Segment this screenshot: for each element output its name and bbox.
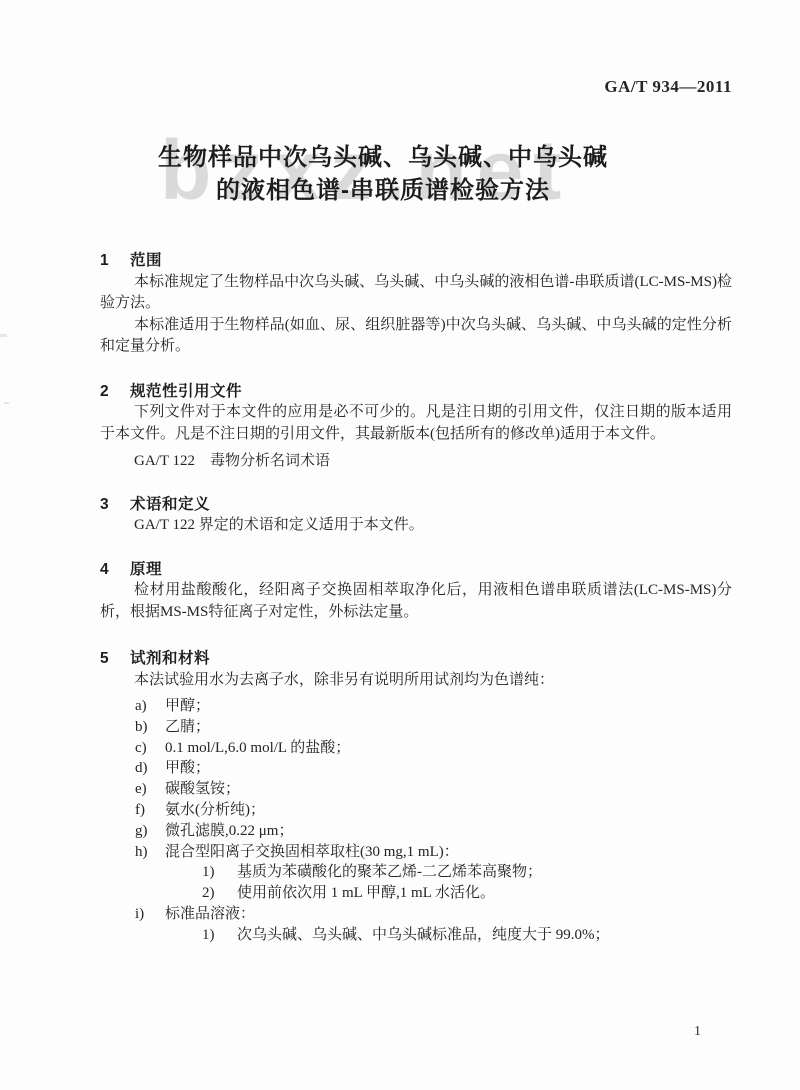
item-text: 0.1 mol/L,6.0 mol/L 的盐酸； [165, 740, 350, 756]
reagent-subitem-i1: 1)次乌头碱、乌头碱、中乌头碱标准品，纯度大于 99.0%； [100, 925, 732, 946]
section-heading-scope: 1范围 [100, 250, 732, 272]
title-line-1: 生物样品中次乌头碱、乌头碱、中乌头碱 [20, 141, 746, 174]
item-text: 次乌头碱、乌头碱、中乌头碱标准品，纯度大于 99.0%； [237, 927, 610, 943]
reagent-item-g: g)微孔滤膜,0.22 μm； [100, 821, 732, 842]
item-text: 微孔滤膜,0.22 μm； [165, 823, 293, 839]
scan-artifact [4, 402, 9, 404]
paragraph-scope-1: 本标准规定了生物样品中次乌头碱、乌头碱、中乌头碱的液相色谱-串联质谱(LC-MS… [100, 272, 732, 315]
section-number: 5 [100, 648, 114, 670]
title-line-2: 的液相色谱-串联质谱检验方法 [20, 174, 746, 207]
reagent-list: a)甲醇； b)乙腈； c)0.1 mol/L,6.0 mol/L 的盐酸； d… [100, 696, 732, 946]
item-label: b) [135, 717, 165, 738]
document-body: 1范围 本标准规定了生物样品中次乌头碱、乌头碱、中乌头碱的液相色谱-串联质谱(L… [100, 228, 732, 946]
standard-number: GA/T 934—2011 [604, 77, 732, 97]
reagent-item-h: h)混合型阳离子交换固相萃取柱(30 mg,1 mL)： [100, 842, 732, 863]
paragraph-principle: 检材用盐酸酸化，经阳离子交换固相萃取净化后，用液相色谱串联质谱法(LC-MS-M… [100, 580, 732, 623]
paragraph-reagents-intro: 本法试验用水为去离子水，除非另有说明所用试剂均为色谱纯： [100, 670, 732, 692]
section-heading-text: 术语和定义 [130, 496, 210, 513]
item-label: d) [135, 758, 165, 779]
reagent-subitem-h2: 2)使用前依次用 1 mL 甲醇,1 mL 水活化。 [100, 883, 732, 904]
section-number: 4 [100, 559, 114, 581]
reagent-item-c: c)0.1 mol/L,6.0 mol/L 的盐酸； [100, 738, 732, 759]
paragraph-references: 下列文件对于本文件的应用是必不可少的。凡是注日期的引用文件，仅注日期的版本适用于… [100, 402, 732, 445]
section-heading-normative-references: 2规范性引用文件 [100, 381, 732, 403]
item-text: 甲醇； [165, 698, 210, 714]
scan-artifact [0, 334, 7, 337]
paragraph-terms: GA/T 122 界定的术语和定义适用于本文件。 [100, 515, 732, 537]
item-text: 氨水(分析纯)； [165, 802, 265, 818]
item-label: 1) [202, 862, 237, 883]
page-number: 1 [694, 1024, 701, 1040]
section-number: 2 [100, 381, 114, 403]
reagent-item-a: a)甲醇； [100, 696, 732, 717]
item-label: c) [135, 738, 165, 759]
section-heading-principle: 4原理 [100, 559, 732, 581]
section-heading-text: 原理 [130, 561, 162, 578]
section-heading-text: 试剂和材料 [130, 650, 210, 667]
section-heading-terms-definitions: 3术语和定义 [100, 494, 732, 516]
item-text: 碳酸氢铵； [165, 781, 240, 797]
item-text: 基质为苯磺酸化的聚苯乙烯-二乙烯苯高聚物； [237, 864, 542, 880]
item-text: 标准品溶液： [165, 906, 255, 922]
section-heading-reagents-materials: 5试剂和材料 [100, 648, 732, 670]
section-number: 1 [100, 250, 114, 272]
item-label: e) [135, 779, 165, 800]
paragraph-scope-2: 本标准适用于生物样品(如血、尿、组织脏器等)中次乌头碱、乌头碱、中乌头碱的定性分… [100, 315, 732, 358]
reagent-item-b: b)乙腈； [100, 717, 732, 738]
document-title: 生物样品中次乌头碱、乌头碱、中乌头碱 的液相色谱-串联质谱检验方法 [20, 141, 746, 207]
item-label: 2) [202, 883, 237, 904]
item-label: g) [135, 821, 165, 842]
section-heading-text: 范围 [130, 252, 162, 269]
reagent-item-d: d)甲酸； [100, 758, 732, 779]
item-label: a) [135, 696, 165, 717]
section-heading-text: 规范性引用文件 [130, 383, 242, 400]
item-label: 1) [202, 925, 237, 946]
reagent-item-e: e)碳酸氢铵； [100, 779, 732, 800]
item-text: 混合型阳离子交换固相萃取柱(30 mg,1 mL)： [165, 844, 459, 860]
item-text: 甲酸； [165, 760, 210, 776]
item-label: h) [135, 842, 165, 863]
reagent-item-i: i)标准品溶液： [100, 904, 732, 925]
reference-entry: GA/T 122 毒物分析名词术语 [100, 451, 732, 473]
reagent-subitem-h1: 1)基质为苯磺酸化的聚苯乙烯-二乙烯苯高聚物； [100, 862, 732, 883]
document-page: GA/T 934—2011 bzxz.net 生物样品中次乌头碱、乌头碱、中乌头… [0, 0, 800, 1090]
item-text: 使用前依次用 1 mL 甲醇,1 mL 水活化。 [237, 885, 495, 901]
item-label: f) [135, 800, 165, 821]
section-number: 3 [100, 494, 114, 516]
item-text: 乙腈； [165, 719, 210, 735]
reagent-item-f: f)氨水(分析纯)； [100, 800, 732, 821]
item-label: i) [135, 904, 165, 925]
